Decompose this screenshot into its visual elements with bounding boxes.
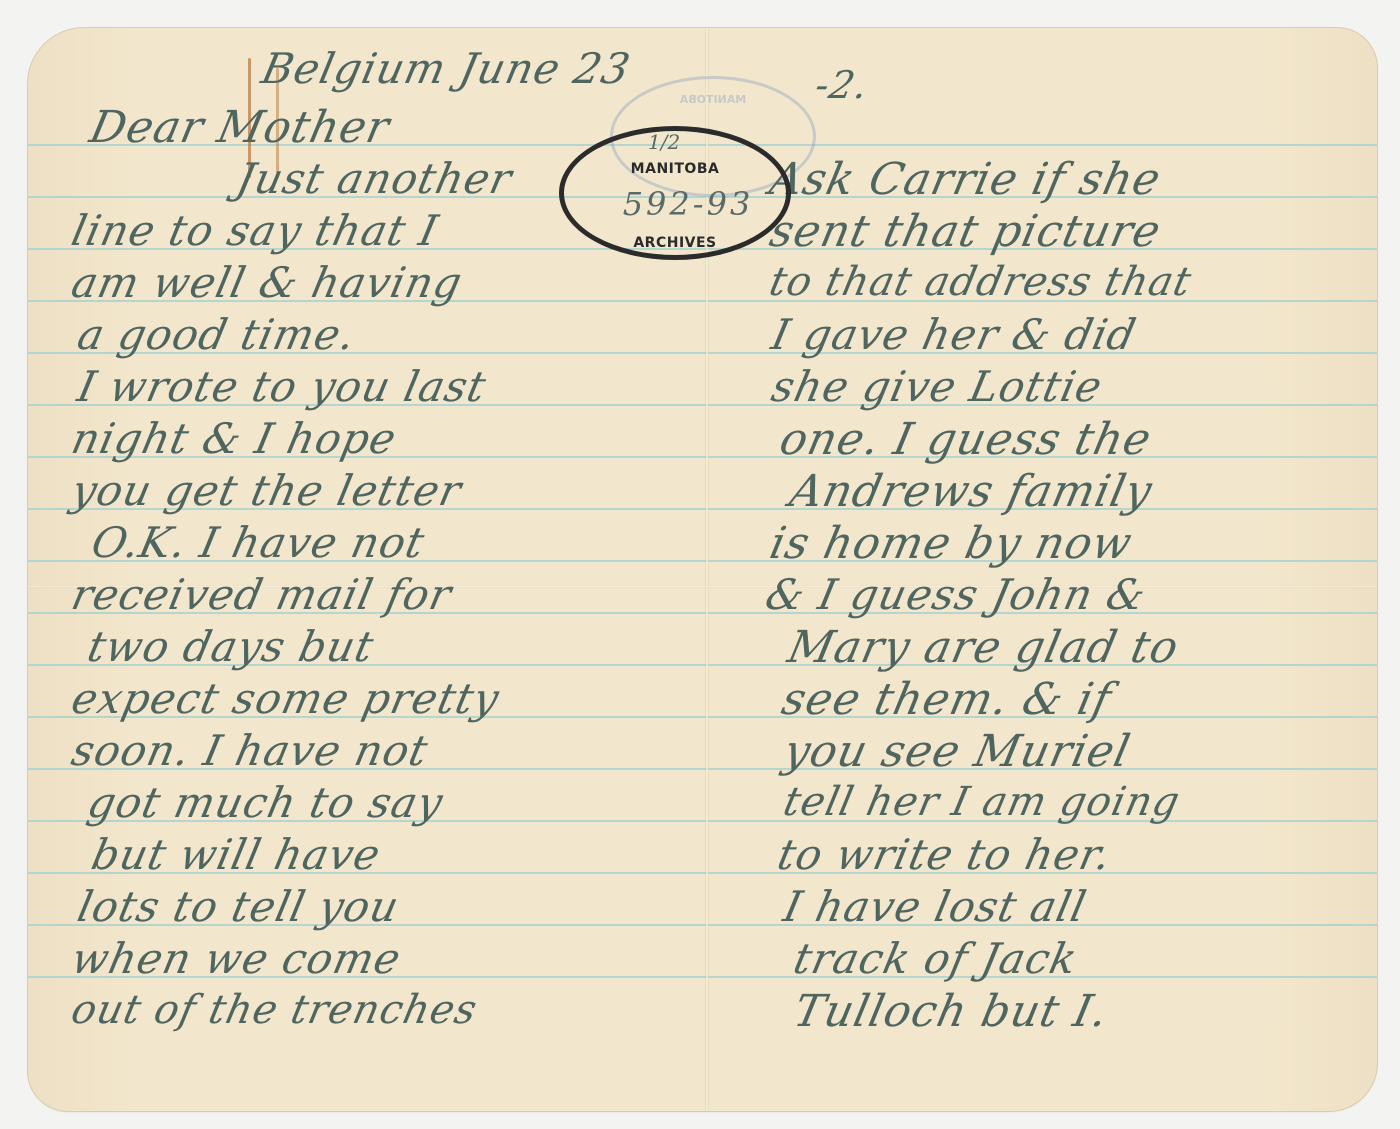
stamp-accession-number: 592-93	[590, 185, 786, 223]
letter-line: Dear Mother	[86, 106, 394, 150]
letter-line: line to say that I	[68, 210, 442, 252]
letter-line: track of Jack	[790, 938, 1081, 980]
letter-line: Ask Carrie if she	[766, 158, 1165, 202]
letter-line: one. I guess the	[776, 418, 1155, 462]
letter-line: see them. & if	[778, 678, 1115, 722]
letter-line: to write to her.	[774, 834, 1115, 876]
letter-line: soon. I have not	[68, 730, 432, 772]
page-number: -2.	[812, 66, 872, 104]
stamp-top-text: MANITOBA	[564, 161, 786, 177]
stamp-bottom-text: ARCHIVES	[564, 235, 786, 251]
letter-line: night & I hope	[68, 418, 400, 460]
letter-line: you see Muriel	[780, 730, 1134, 774]
letter-line: & I guess John &	[762, 574, 1150, 616]
letter-line: out of the trenches	[68, 990, 481, 1030]
letter-line: received mail for	[68, 574, 455, 616]
letter-line: Andrews family	[786, 470, 1156, 514]
letter-line: Tulloch but I.	[790, 990, 1112, 1034]
letter-line: Just another	[233, 158, 516, 200]
letter-line: I wrote to you last	[74, 366, 490, 408]
stamp-fraction-mark: 1/2	[648, 130, 680, 154]
letter-line: to that address that	[766, 262, 1195, 302]
letter-line: when we come	[68, 938, 405, 980]
letter-line: Mary are glad to	[784, 626, 1183, 670]
letter-line: O.K. I have not	[88, 522, 429, 564]
letter-line: a good time.	[74, 314, 359, 356]
letter-line: she give Lottie	[768, 366, 1106, 408]
letter-line: sent that picture	[766, 210, 1165, 254]
letter-line: you get the letter	[68, 470, 465, 512]
letter-sheet: MANITOBA Belgium June 23 Dear Mother Jus…	[28, 28, 1377, 1111]
letter-line: lots to tell you	[74, 886, 403, 928]
letter-line: but will have	[88, 834, 384, 876]
letter-line: two days but	[84, 626, 378, 668]
letter-line: I gave her & did	[768, 314, 1140, 356]
letter-line: expect some pretty	[68, 678, 503, 720]
letter-line: I have lost all	[780, 886, 1090, 928]
letter-line: is home by now	[766, 522, 1136, 566]
letter-line: got much to say	[84, 782, 447, 824]
letter-line: am well & having	[68, 262, 466, 304]
letter-heading: Belgium June 23	[258, 48, 634, 90]
letter-line: tell her I am going	[780, 782, 1184, 822]
